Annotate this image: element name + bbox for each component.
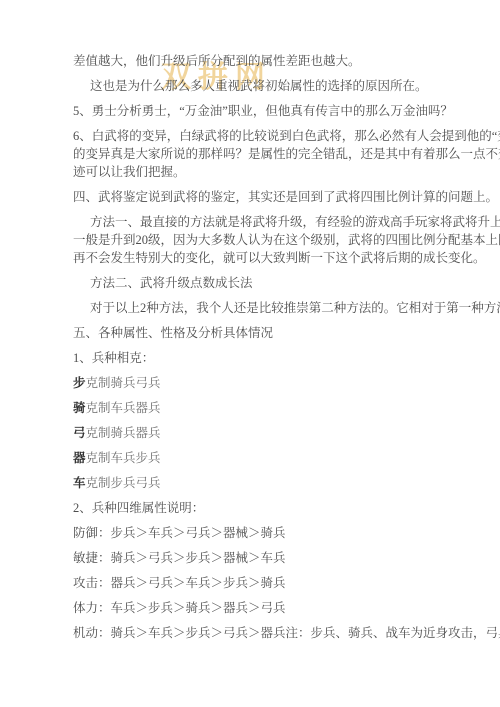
section-4-general-appraisal: 四、武将鉴定说到武将的鉴定，其实还是回到了武将四围比例计算的问题上。 bbox=[73, 188, 473, 206]
counter-item: 车克制步兵弓兵 bbox=[73, 474, 473, 492]
counter-item: 弓克制骑兵器兵 bbox=[73, 424, 473, 442]
heading-troop-attributes: 2、兵种四维属性说明： bbox=[73, 499, 473, 517]
paragraph-method-conclusion: 对于以上2种方法，我个人还是比较推崇第二种方法的。它相对于第一种方法更准确 bbox=[73, 299, 473, 317]
paragraph-attr-diff: 差值越大，他们升级后所分配到的属性差距也越大。 bbox=[73, 52, 473, 70]
counter-lead: 步 bbox=[73, 376, 86, 390]
section-5-attributes-overview: 五、各种属性、性格及分析具体情况 bbox=[73, 324, 473, 342]
item-5-warrior-analysis: 5、勇士分析勇士，“万金油”职业，但他真有传言中的那么万金油吗？ bbox=[73, 102, 473, 120]
paragraph-method-1: 方法一、最直接的方法就是将武将升级，有经验的游戏高手玩家将武将升上那么几级 一般… bbox=[73, 213, 473, 267]
counter-lead: 骑 bbox=[73, 401, 86, 415]
attribute-line-agility: 敏捷：骑兵＞弓兵＞步兵＞器械＞车兵 bbox=[73, 549, 473, 567]
counter-item: 器克制车兵步兵 bbox=[73, 449, 473, 467]
paragraph-method-2: 方法二、武将升级点数成长法 bbox=[73, 274, 473, 292]
counter-lead: 器 bbox=[73, 451, 86, 465]
counter-item: 步克制骑兵弓兵 bbox=[73, 374, 473, 392]
counter-rest: 克制骑兵器兵 bbox=[86, 426, 161, 440]
item-6-white-general-mutation: 6、白武将的变异，白绿武将的比较说到白色武将，那么必然有人会提到他的“变异”，他… bbox=[73, 127, 473, 181]
attribute-line-defense: 防御：步兵＞车兵＞弓兵＞器械＞骑兵 bbox=[73, 524, 473, 542]
counter-rest: 克制车兵器兵 bbox=[86, 401, 161, 415]
counter-item: 骑克制车兵器兵 bbox=[73, 399, 473, 417]
document-content: 差值越大，他们升级后所分配到的属性差距也越大。 这也是为什么那么多人重视武将初始… bbox=[73, 52, 473, 649]
counter-rest: 克制骑兵弓兵 bbox=[86, 376, 161, 390]
attribute-line-stamina: 体力：车兵＞步兵＞骑兵＞器兵＞弓兵 bbox=[73, 599, 473, 617]
counter-lead: 车 bbox=[73, 476, 86, 490]
attribute-line-attack: 攻击：器兵＞弓兵＞车兵＞步兵＞骑兵 bbox=[73, 574, 473, 592]
document-page: 双拼网 差值越大，他们升级后所分配到的属性差距也越大。 这也是为什么那么多人重视… bbox=[0, 0, 500, 707]
counter-lead: 弓 bbox=[73, 426, 86, 440]
counter-rest: 克制步兵弓兵 bbox=[86, 476, 161, 490]
heading-troop-counters: 1、兵种相克： bbox=[73, 349, 473, 367]
counter-rest: 克制车兵步兵 bbox=[86, 451, 161, 465]
attribute-line-mobility: 机动：骑兵＞车兵＞步兵＞弓兵＞器兵注：步兵、骑兵、战车为近身攻击，弓兵、器 bbox=[73, 624, 473, 642]
paragraph-initial-attr-reason: 这也是为什么那么多人重视武将初始属性的选择的原因所在。 bbox=[73, 77, 473, 95]
